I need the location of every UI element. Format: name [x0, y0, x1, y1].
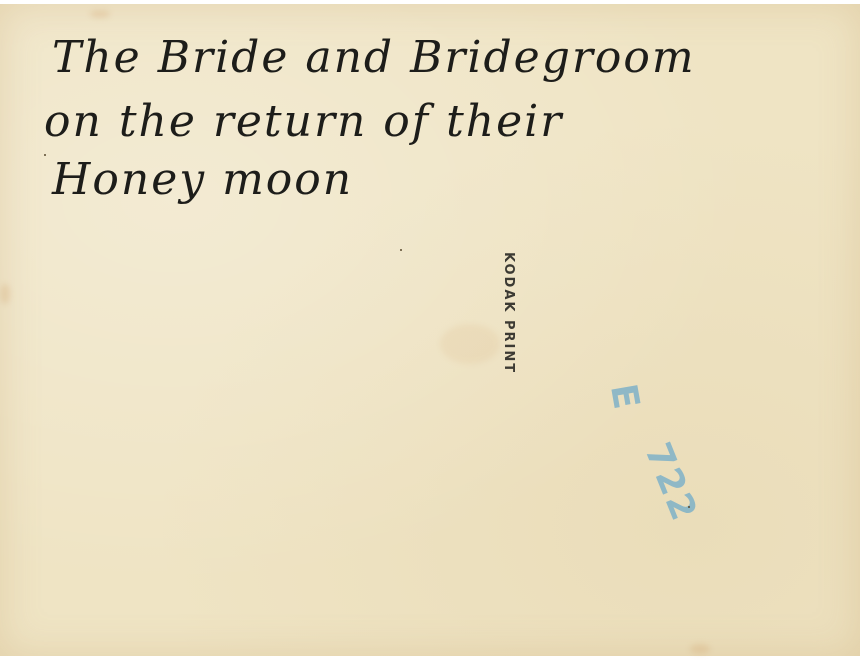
handwritten-line-3: Honey moon [52, 154, 353, 205]
age-stain [0, 284, 10, 304]
age-stain [440, 324, 500, 364]
stamp-letter: E [602, 381, 647, 412]
age-stain [690, 644, 710, 654]
photo-back-card: The Bride and Bridegroom on the return o… [0, 4, 860, 656]
kodak-print-mark: KODAK PRINT [501, 252, 516, 374]
speck [44, 154, 46, 156]
speck [688, 506, 690, 508]
handwritten-line-2: on the return of their [44, 96, 563, 147]
speck [400, 249, 402, 251]
age-stain [90, 10, 110, 18]
handwritten-line-1: The Bride and Bridegroom [52, 32, 696, 83]
stamp-number: 722 [636, 437, 704, 528]
